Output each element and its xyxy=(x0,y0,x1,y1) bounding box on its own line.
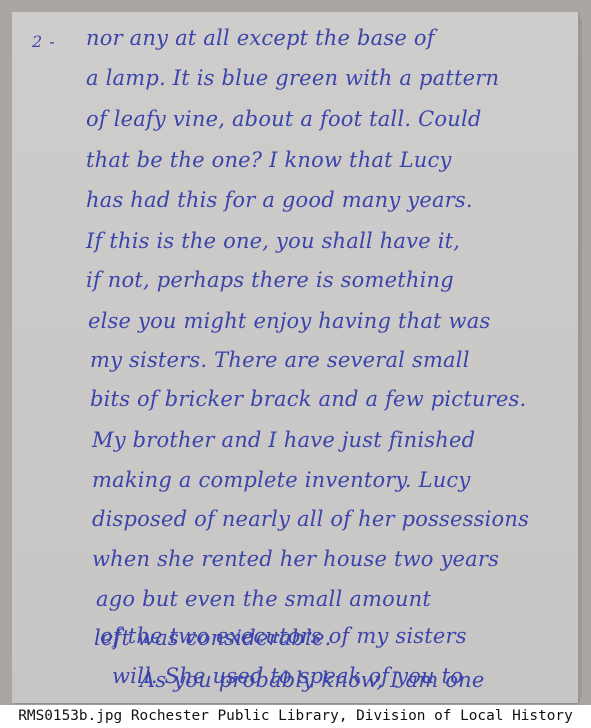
handwritten-line-14: when she rented her house two years xyxy=(92,547,499,571)
scan-background: 2 - nor any at all except the base of a … xyxy=(0,0,591,705)
handwritten-line-5: has had this for a good many years. xyxy=(86,188,473,212)
handwritten-line-7: if not, perhaps there is something xyxy=(86,268,454,292)
handwritten-line-10: bits of bricker brack and a few pictures… xyxy=(90,387,526,411)
handwritten-line-2: a lamp. It is blue green with a pattern xyxy=(86,66,499,90)
handwritten-line-12: making a complete inventory. Lucy xyxy=(92,468,470,492)
handwritten-line-6: If this is the one, you shall have it, xyxy=(86,229,460,253)
handwritten-line-15: ago but even the small amount xyxy=(96,587,431,611)
handwritten-line-11: My brother and I have just finished xyxy=(92,428,475,452)
handwritten-line-9: my sisters. There are several small xyxy=(90,348,470,372)
image-caption: RMS0153b.jpg Rochester Public Library, D… xyxy=(0,705,591,728)
handwritten-line-19: will. She used to speak of you to xyxy=(112,664,463,688)
handwritten-line-4: that be the one? I know that Lucy xyxy=(86,148,452,172)
letter-page: 2 - nor any at all except the base of a … xyxy=(12,12,578,703)
handwritten-line-1: nor any at all except the base of xyxy=(86,26,526,50)
handwritten-line-8: else you might enjoy having that was xyxy=(88,309,490,333)
page-number-marker: 2 - xyxy=(32,32,56,51)
handwritten-line-18: of the two executors of my sisters xyxy=(100,624,467,648)
handwritten-line-13: disposed of nearly all of her possession… xyxy=(92,507,529,531)
handwritten-line-3: of leafy vine, about a foot tall. Could xyxy=(86,107,482,131)
